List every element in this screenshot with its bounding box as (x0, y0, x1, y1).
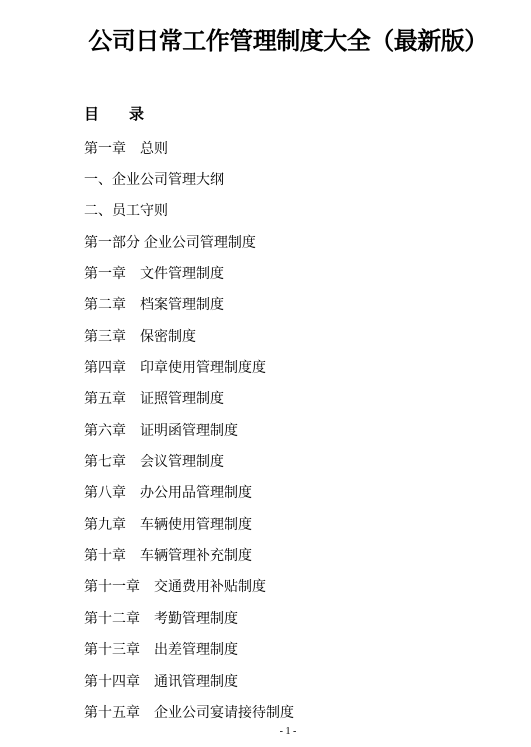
toc-item: 第十四章 通讯管理制度 (84, 665, 504, 696)
toc-item: 第十五章 企业公司宴请接待制度 (84, 696, 504, 727)
toc-item: 第一章 文件管理制度 (84, 257, 504, 288)
toc-item: 第五章 证照管理制度 (84, 383, 504, 414)
document-title: 公司日常工作管理制度大全（最新版） (84, 26, 492, 57)
toc-item: 第二章 档案管理制度 (84, 289, 504, 320)
toc-item: 第十三章 出差管理制度 (84, 634, 504, 665)
toc-item: 第四章 印章使用管理制度度 (84, 351, 504, 382)
toc-item: 第十章 车辆管理补充制度 (84, 539, 504, 570)
toc-item: 第十一章 交通费用补贴制度 (84, 571, 504, 602)
toc-item: 一、企业公司管理大纲 (84, 163, 504, 194)
toc-item: 二、员工守则 (84, 195, 504, 226)
toc-item: 第六章 证明函管理制度 (84, 414, 504, 445)
toc-item: 第三章 保密制度 (84, 320, 504, 351)
toc-item: 第一章 总则 (84, 132, 504, 163)
page-number: - 1 - (84, 726, 492, 738)
toc-item: 第七章 会议管理制度 (84, 445, 504, 476)
toc-item: 第八章 办公用品管理制度 (84, 477, 504, 508)
toc-heading: 目 录 (84, 106, 144, 124)
toc-item: 第九章 车辆使用管理制度 (84, 508, 504, 539)
document-page: 公司日常工作管理制度大全（最新版） 目 录 第一章 总则一、企业公司管理大纲二、… (0, 0, 531, 747)
toc-item: 第十二章 考勤管理制度 (84, 602, 504, 633)
toc-item: 第一部分 企业公司管理制度 (84, 226, 504, 257)
toc-list: 第一章 总则一、企业公司管理大纲二、员工守则第一部分 企业公司管理制度第一章 文… (84, 132, 504, 728)
